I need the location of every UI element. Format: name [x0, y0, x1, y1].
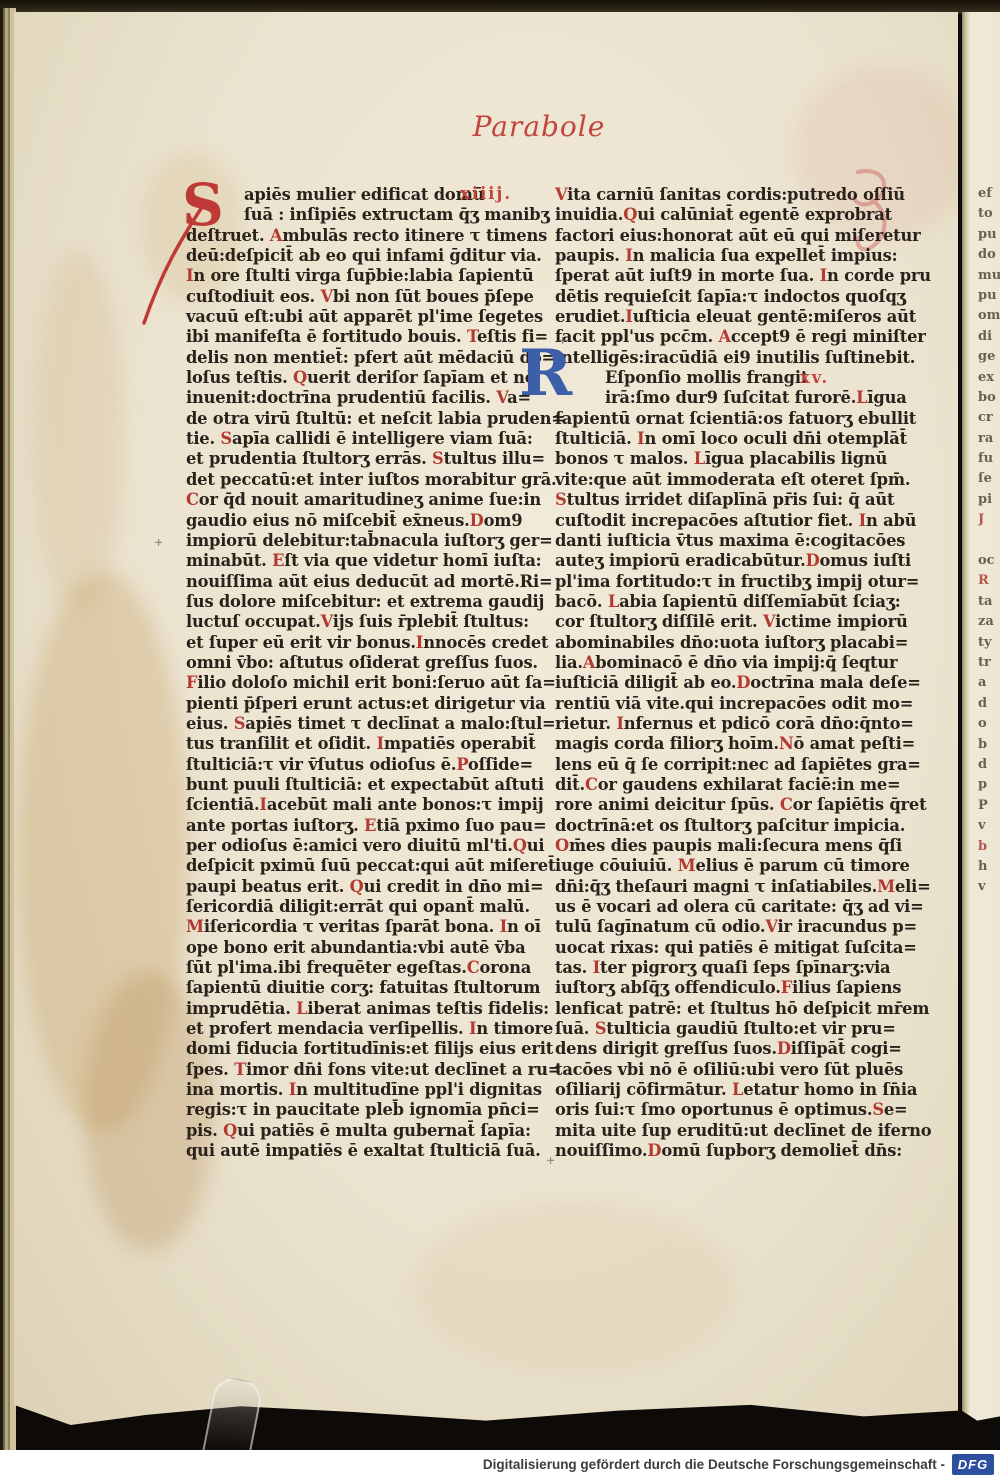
text-line: paupis. In malicia ſua expellet̄ impius: [555, 246, 891, 266]
text-line: tus tranſilit et oſidit. Impatiēs operab… [186, 734, 516, 754]
book-board-top-edge [0, 0, 1000, 14]
text-line: eius. Sapiēs timet τ declīnat a malo:ſtu… [186, 714, 516, 734]
text-line: iuge cōuiuiū. Melius ē parum cū timore [555, 856, 891, 876]
text-line: ty [978, 633, 1000, 653]
right-text-column: Vita carniū ſanitas cordis:putredo oſſiū… [555, 185, 891, 1162]
binding-page-edges [0, 8, 16, 1460]
text-line: ex [978, 368, 1000, 388]
text-line: regis:τ in paucitate pleb̄ ignomīa pn̄ci… [186, 1100, 516, 1120]
text-line: rietur. Infernus et pdicō corā dn̄o:q̄nt… [555, 714, 891, 734]
text-line: de otra virū ſtultū: et neſcit labia pru… [186, 409, 516, 429]
text-line: ſapientū diuitie corʒ: fatuitas ſtultoru… [186, 978, 516, 998]
text-line: dētis requieſcit ſapīa:τ indoctos quoſqʒ [555, 287, 891, 307]
text-line: pis. Qui patiēs ē multa gubernat̄ ſapīa: [186, 1121, 516, 1141]
text-line: deſtruet. Ambulās recto itinere τ timens [186, 226, 516, 246]
digitization-footer-bar: Digitalisierung gefördert durch die Deut… [0, 1450, 1000, 1478]
text-line: facit ppl'us pcc̄m. Accept9 ē regi miniſ… [555, 327, 891, 347]
next-page-partial-text: eftopudomupuomdigeexbocrrafuſepiJocRtaza… [978, 184, 1000, 898]
digitization-credit-text: Digitalisierung gefördert durch die Deut… [483, 1457, 945, 1472]
text-line: mita uite ſup eruditū:ut declīnet de ife… [555, 1121, 891, 1141]
text-line: ſe [978, 469, 1000, 489]
text-line: rore animi deicitur ſpūs. Cor ſapiētis q… [555, 795, 891, 815]
text-line: ef [978, 184, 1000, 204]
text-line: ra [978, 429, 1000, 449]
margin-plus-mark: + [558, 334, 567, 347]
text-line: ope bono erit abundantia:vbi autē v̄ba [186, 938, 516, 958]
text-line: iuſtorʒ abſq̄ʒ offendiculo.Filius ſapien… [555, 978, 891, 998]
text-line: bunt puuli ſtulticiā: et expectabūt aſtu… [186, 775, 516, 795]
text-line: tie. Sapīa callidi ē intelligere viam ſu… [186, 429, 516, 449]
text-line: inuidia.Qui calūniat̄ egentē exprobrat [555, 205, 891, 225]
text-line: Filio doloſo michil erit boni:ſeruo aūt … [186, 673, 516, 693]
text-line: qui autē impatiēs ē exaltat ſtulticiā ſu… [186, 1141, 516, 1161]
text-line: inuenit:doctrīna prudentiū facilis. Va= [186, 388, 516, 408]
water-stain [34, 252, 124, 612]
text-line: dit̄.Cor gaudens exhilarat faciē:in me= [555, 775, 891, 795]
text-line: erudiet.Iuſticia eleuat gentē:miſeros aū… [555, 307, 891, 327]
text-line: to [978, 204, 1000, 224]
text-line: ante portas iuſtorʒ. Etiā pximo ſuo pau= [186, 816, 516, 836]
text-line [978, 531, 1000, 551]
text-line: iuſticiā diligit̄ ab eo.Doctrīna mala de… [555, 673, 891, 693]
text-line: cuſtodiuit eos. Vbi non ſūt boues p̄ſepe [186, 287, 516, 307]
text-line: pienti p̄ſperi erunt actus:et dirigetur … [186, 694, 516, 714]
text-line: cuſtodit increpacōes aſtutior fiet. In a… [555, 511, 891, 531]
text-line: oſiliarij cōfirmātur. Letatur homo in ſn… [555, 1080, 891, 1100]
text-line: pi [978, 490, 1000, 510]
chapter15-body-text: irā:ſmo dur9 ſuſcitat furorē.Līguaſapien… [555, 388, 891, 1161]
text-line: ſcientiā.Iacebūt mali ante bonos:τ impij [186, 795, 516, 815]
text-line: loſus teſtis. Querit deriſor ſapīam et n… [186, 368, 516, 388]
text-line: lia.Abominacō ē dn̄o via impij:q̄ ſeqtur [555, 653, 891, 673]
text-line: oc [978, 551, 1000, 571]
text-line: paupi beatus erit. Qui credit in dn̄o mi… [186, 877, 516, 897]
dfg-logo: DFG [952, 1454, 994, 1475]
text-line: ſtulticiā. In omī loco oculi dn̄i otempl… [555, 429, 891, 449]
text-line: ſpes. Timor dn̄i fons vite:ut declīnet a… [186, 1060, 516, 1080]
text-line: ina mortis. In multitudīne ppl'i dignita… [186, 1080, 516, 1100]
initial-s-tail-flourish [140, 201, 210, 331]
text-line: dn̄i:q̄ʒ theſauri magni τ inſatiabiles.M… [555, 877, 891, 897]
text-line: Miſericordia τ veritas ſparāt bona. In o… [186, 917, 516, 937]
chapter-number-xv: xv. [800, 368, 829, 388]
text-line: rentiū viā vite.qui increpacōes odit mo= [555, 694, 891, 714]
text-line: factori eius:honorat aūt eū qui miſeretu… [555, 226, 891, 246]
text-line: us ē vocari ad olera cū caritate: q̄ʒ ad… [555, 897, 891, 917]
text-line: gaudio eius nō miſcebit̄ ex̄neus.Dom9 [186, 511, 516, 531]
chapter14-right-text: Vita carniū ſanitas cordis:putredo oſſiū… [555, 185, 891, 368]
left-text-column: S xiiij. apiēs mulier edificat domūſuā :… [186, 185, 516, 1162]
text-line: nouiſſimo.Domū ſupborʒ demoliet̄ dn̄s: [555, 1141, 891, 1161]
text-line: lenficat patrē: et ſtultus hō deſpicit m… [555, 999, 891, 1019]
margin-plus-mark: + [154, 536, 163, 549]
text-line: danti iuſticia v̄tus maxima ē:cogitacōes [555, 531, 891, 551]
text-line: dens dirigit greſſus ſuos.Diſſipāt̄ cogi… [555, 1039, 891, 1059]
text-line: do [978, 245, 1000, 265]
text-line: tacōes vbi nō ē oſiliū:ubi vero ſūt pluē… [555, 1060, 891, 1080]
text-line: Stultus irridet diſaplīnā pr̄is ſui: q̄ … [555, 490, 891, 510]
text-line: auteʒ impiorū eradicabūtur.Domus iuſti [555, 551, 891, 571]
text-line: p [978, 775, 1000, 795]
chapter15-text: R Eſponſio mollis frangit xv. irā:ſmo du… [555, 368, 891, 1161]
text-line: om [978, 306, 1000, 326]
text-line: In ore ſtulti virga ſup̄bie:labia ſapien… [186, 266, 516, 286]
chapter15-heading-line: Eſponſio mollis frangit xv. [555, 368, 891, 388]
text-line: h [978, 857, 1000, 877]
text-line: deū:deſpicit̄ ab eo qui infami ḡditur vi… [186, 246, 516, 266]
text-line: et ſuper eū erit vir bonus.Innocēs crede… [186, 633, 516, 653]
text-line: doctrīnā:et os ſtultorʒ paſcitur impicia… [555, 816, 891, 836]
text-line: abominabiles dn̄o:uota iuſtorʒ placabi= [555, 633, 891, 653]
text-line: b [978, 837, 1000, 857]
text-line: pu [978, 286, 1000, 306]
text-line: oris ſui:τ ſmo oportunus ē optimus.Se= [555, 1100, 891, 1120]
text-line: intelligēs:iracūdiā ei9 inutilis ſuſtine… [555, 348, 891, 368]
text-line: bonos τ malos. Līgua placabilis lignū [555, 449, 891, 469]
text-line: fu [978, 449, 1000, 469]
text-line: nouiſſima aūt eius deducūt ad mortē.Ri= [186, 572, 516, 592]
text-line: tas. Iter pigrorʒ quaſi ſeps ſpīnarʒ:via [555, 958, 891, 978]
water-stain [414, 1202, 734, 1372]
text-line: d [978, 755, 1000, 775]
text-line: di [978, 327, 1000, 347]
text-line: pu [978, 225, 1000, 245]
text-line: ſtulticiā:τ vir v̄ſutus odioſus ē.Poſſid… [186, 755, 516, 775]
text-line: imprudētia. Liberat animas teſtis fideli… [186, 999, 516, 1019]
text-line: magis corda filiorʒ hoīm.Nō amat peſti= [555, 734, 891, 754]
text-line: d [978, 694, 1000, 714]
text-line: ſperat aūt iuſt9 in morte ſua. In corde … [555, 266, 891, 286]
text-line: et prudentia ſtultorʒ errās. Stultus ill… [186, 449, 516, 469]
text-line: ſus dolore miſcebitur: et extrema gaudij [186, 592, 516, 612]
text-line: domi fiducia fortitudīnis:et filijs eius… [186, 1039, 516, 1059]
text-line: ſuā : inſipiēs extructam q̄ʒ manibʒ [186, 205, 516, 225]
chapter14-left-text: apiēs mulier edificat domūſuā : inſipiēs… [186, 185, 516, 1162]
margin-plus-mark: + [546, 1154, 555, 1167]
text-line: bacō. Labia ſapientū diſſemīabūt ſciaʒ: [555, 592, 891, 612]
text-line: cor ſtultorʒ diſſilē erit. Victime impio… [555, 612, 891, 632]
text-line: per odioſus ē:amici vero diuitū ml'ti.Qu… [186, 836, 516, 856]
text-line: pl'ima fortitudo:τ in fructibʒ impij otu… [555, 572, 891, 592]
text-line: ſūt pl'ima.ibi frequēter egeſtas.Corona [186, 958, 516, 978]
text-line: J [978, 510, 1000, 530]
text-line: v [978, 877, 1000, 897]
chapter15-heading: Eſponſio mollis frangit [605, 368, 808, 387]
text-line: luctuſ occupat.Vijs ſuis r̄plebit̄ ſtult… [186, 612, 516, 632]
text-line: ge [978, 347, 1000, 367]
text-line: tulū ſagīnatum cū odio.Vir iracundus p= [555, 917, 891, 937]
text-line: vite:que aūt immoderata eſt oteret ſpm̄. [555, 470, 891, 490]
text-line: ta [978, 592, 1000, 612]
water-stain [18, 572, 188, 1132]
manuscript-page: Parabole S xiiij. apiēs mulier edificat … [14, 12, 958, 1445]
text-line: bo [978, 388, 1000, 408]
text-line: impiorū delebitur:tab̄nacula iuſtorʒ ger… [186, 531, 516, 551]
text-line: Vita carniū ſanitas cordis:putredo oſſiū [555, 185, 891, 205]
text-line: ibi manifeſta ē fortitudo bouis. Teſtis … [186, 327, 516, 347]
text-line: ſapientū ornat ſcientiā:os fatuorʒ ebull… [555, 409, 891, 429]
text-line: R [978, 571, 1000, 591]
text-line: ſuā. Stulticia gaudiū ſtulto:et vir pru= [555, 1019, 891, 1039]
text-line: P [978, 796, 1000, 816]
text-line: v [978, 816, 1000, 836]
text-line: deſpicit pximū ſuū peccat:qui aūt miſere… [186, 856, 516, 876]
text-line: irā:ſmo dur9 ſuſcitat furorē.Līgua [555, 388, 891, 408]
text-line: mu [978, 266, 1000, 286]
text-line: delis non mentiet̄: pfert aūt mēdaciū do… [186, 348, 516, 368]
text-line: o [978, 714, 1000, 734]
text-line: ſericordiā diligit:errāt qui opant̄ malū… [186, 897, 516, 917]
next-page-sliver: eftopudomupuomdigeexbocrrafuſepiJocRtaza… [962, 12, 1000, 1422]
text-line: Cor q̄d nouit amaritudineʒ anime ſue:in [186, 490, 516, 510]
text-line: Om̄es dies paupis mali:ſecura mens q̄ſi [555, 836, 891, 856]
text-line: det peccatū:et inter iuſtos morabitur gr… [186, 470, 516, 490]
text-line: tr [978, 653, 1000, 673]
running-title: Parabole [454, 110, 624, 143]
text-line: et profert mendacia verſipellis. In timo… [186, 1019, 516, 1039]
text-line: minabūt. Eſt via que videtur homī iuſta: [186, 551, 516, 571]
text-line: vacuū eſt:ubi aūt apparēt pl'ime ſegetes [186, 307, 516, 327]
text-line: a [978, 673, 1000, 693]
text-line: cr [978, 408, 1000, 428]
text-line: za [978, 612, 1000, 632]
text-line: b [978, 735, 1000, 755]
scanned-book-photo: { "page": { "running_title": "Parabole",… [0, 0, 1000, 1478]
chapter-number-xiiij: xiiij. [460, 184, 512, 203]
text-line: lens eū q̄ ſe corripit:nec ad ſapiētes g… [555, 755, 891, 775]
text-line: omni v̄bo: aſtutus oſiderat greſſus ſuos… [186, 653, 516, 673]
text-line: uocat rixas: qui patiēs ē mitigat ſuſcit… [555, 938, 891, 958]
